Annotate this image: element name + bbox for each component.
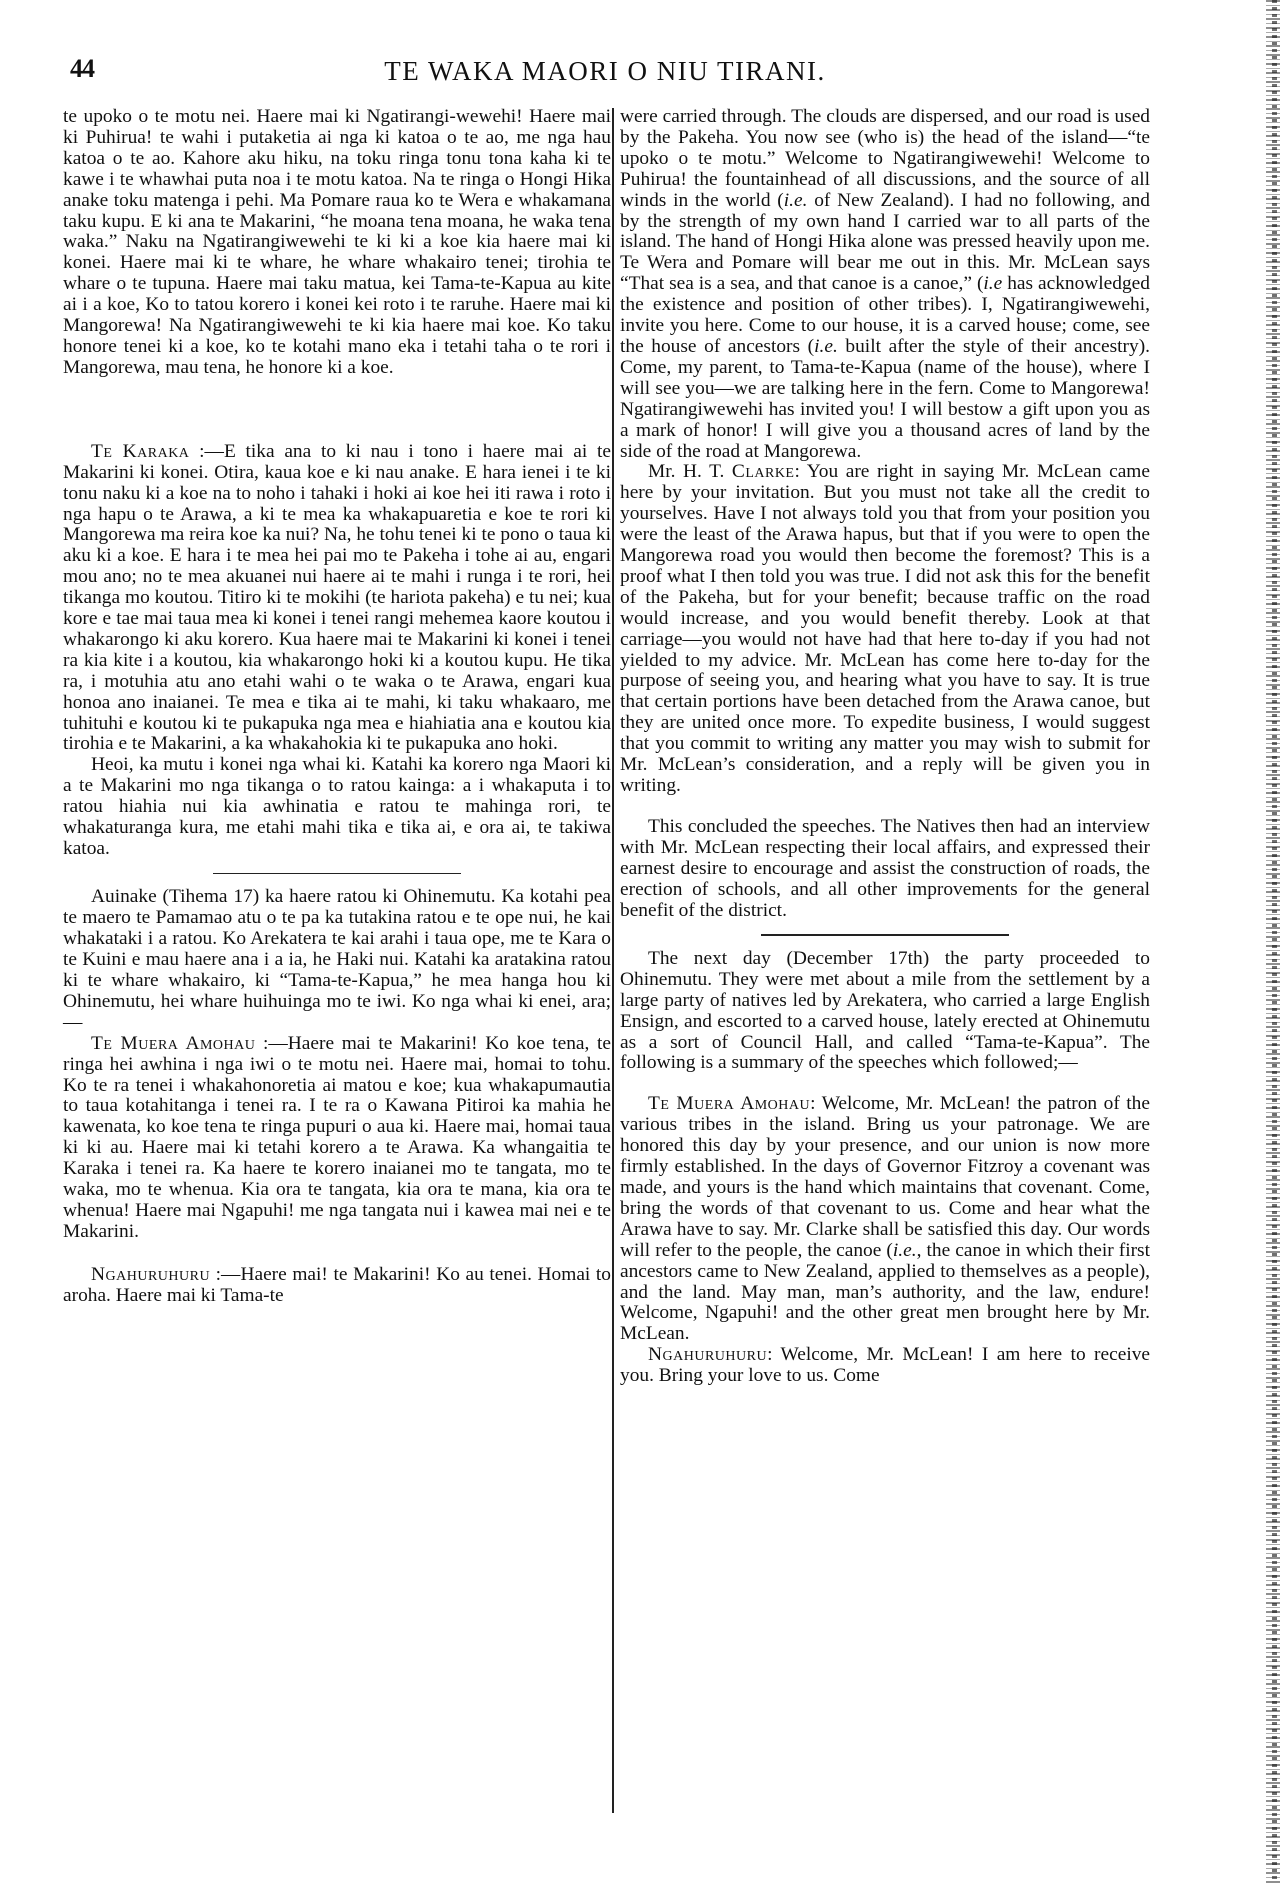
- speaker-name: Te Karaka: [91, 441, 189, 462]
- right-column: were carried through. The clouds are dis…: [620, 107, 1150, 1387]
- clarke-speech: Mr. H. T. Clarke: You are right in sayin…: [620, 462, 1150, 797]
- speaker-name: Ngahuruhuru: [91, 1264, 210, 1285]
- speaker-name: Ngahuruhuru: [648, 1344, 767, 1365]
- column-divider: [612, 108, 614, 1813]
- english-speech-continued: were carried through. The clouds are dis…: [620, 107, 1150, 462]
- speaker-name: Clarke: [732, 461, 795, 482]
- page-binding-shadow: [1272, 0, 1277, 1883]
- closing-paragraph-maori: Heoi, ka mutu i konei nga whai ki. Katah…: [63, 755, 611, 860]
- spacer: [63, 379, 611, 442]
- ngahuruhuru-speech: Ngahuruhuru :—Haere mai! te Makarini! Ko…: [63, 1265, 611, 1307]
- ngahuruhuru-speech-english: Ngahuruhuru: Welcome, Mr. McLean! I am h…: [620, 1345, 1150, 1387]
- speaker-name: Te Muera Amohau: [648, 1093, 810, 1114]
- speaker-name: Te Muera Amohau: [91, 1033, 255, 1054]
- maori-speech-continued: te upoko o te motu nei. Haere mai ki Nga…: [63, 107, 611, 379]
- te-karaka-speech: Te Karaka :—E tika ana to ki nau i tono …: [63, 442, 611, 756]
- ohinemutu-arrival-maori: Auinake (Tihema 17) ka haere ratou ki Oh…: [63, 887, 611, 1033]
- speeches-concluded: This concluded the speeches. The Natives…: [620, 817, 1150, 922]
- te-muera-amohau-speech: Te Muera Amohau :—Haere mai te Makarini!…: [63, 1034, 611, 1243]
- ohinemutu-arrival-english: The next day (December 17th) the party p…: [620, 949, 1150, 1074]
- te-muera-amohau-speech-english: Te Muera Amohau: Welcome, Mr. McLean! th…: [620, 1094, 1150, 1345]
- left-column: te upoko o te motu nei. Haere mai ki Nga…: [63, 107, 611, 1307]
- running-head: TE WAKA MAORI O NIU TIRANI.: [0, 56, 1210, 87]
